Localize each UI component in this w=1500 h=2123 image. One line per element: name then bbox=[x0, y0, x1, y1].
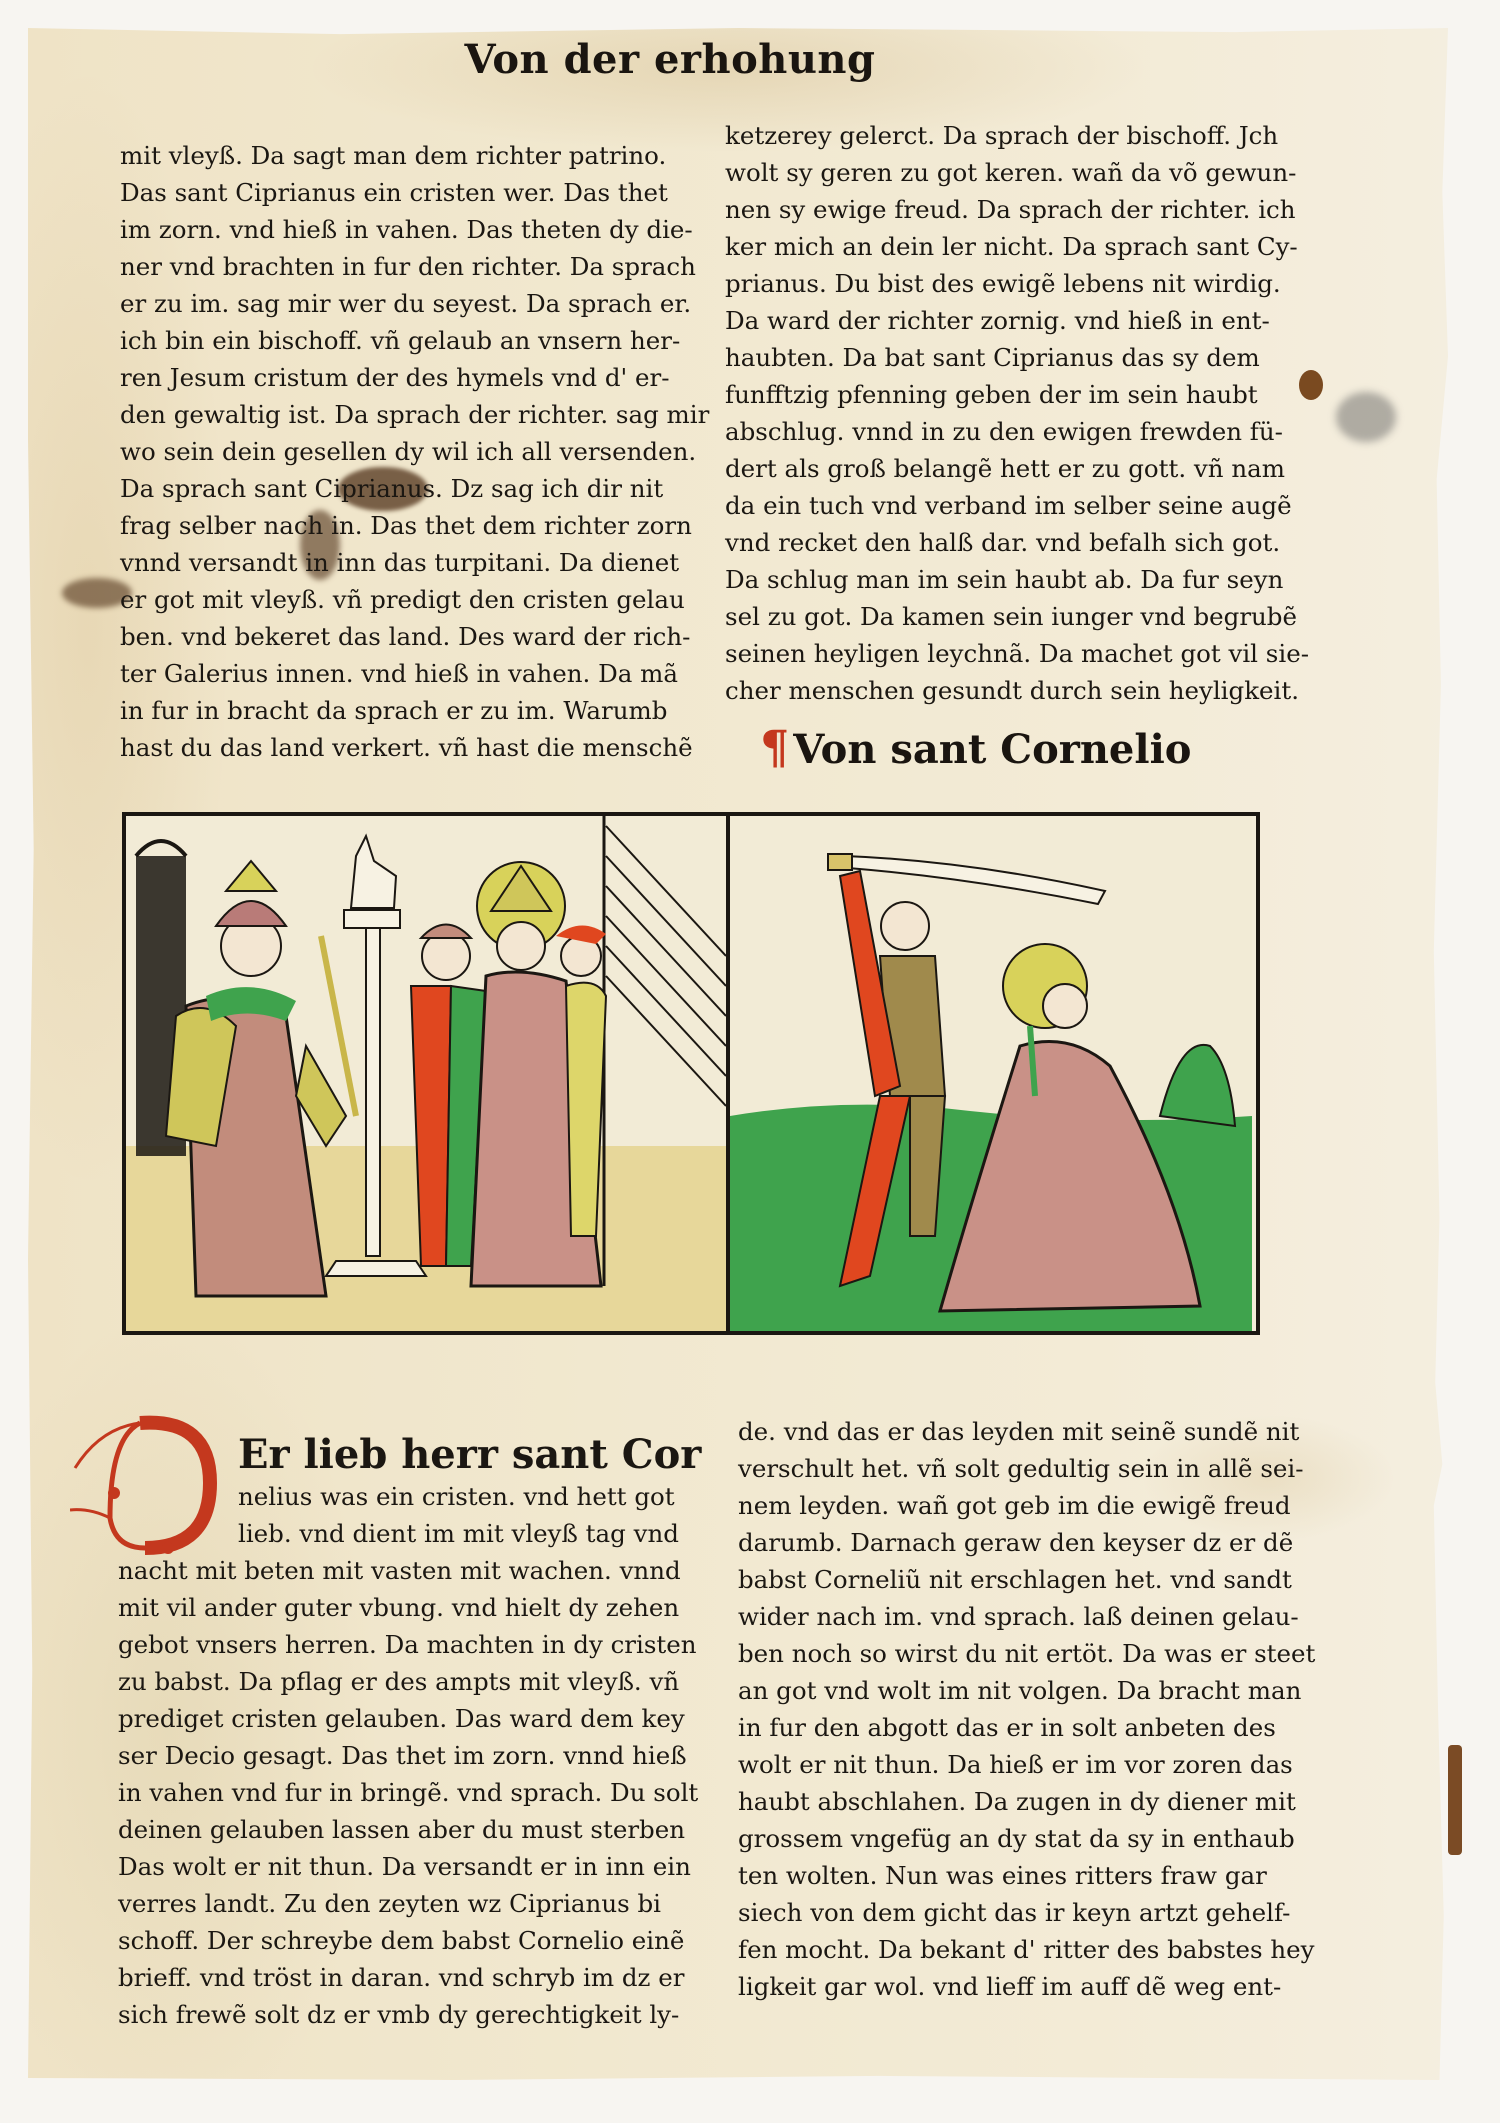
text-line: in fur in bracht da sprach er zu im. War… bbox=[120, 692, 660, 729]
running-head: Von der erhohung bbox=[460, 36, 880, 83]
text-line: babst Corneliũ nit erschlagen het. vnd s… bbox=[738, 1561, 1278, 1598]
text-line: in fur den abgott das er in solt anbeten… bbox=[738, 1709, 1278, 1746]
text-line: verschult het. vñ solt gedultig sein in … bbox=[738, 1450, 1278, 1487]
text-line: ketzerey gelerct. Da sprach der bischoff… bbox=[725, 117, 1265, 154]
text-line: er got mit vleyß. vñ predigt den cristen… bbox=[120, 581, 660, 618]
text-line: prianus. Du bist des ewigẽ lebens nit wi… bbox=[725, 265, 1265, 302]
trial-scene-image bbox=[126, 816, 726, 1331]
text-line: vnd recket den halß dar. vnd befalh sich… bbox=[725, 524, 1265, 561]
ink-stain bbox=[1336, 392, 1396, 442]
text-line: haubt abschlahen. Da zugen in dy diener … bbox=[738, 1783, 1278, 1820]
text-line: ligkeit gar wol. vnd lieff im auff dẽ we… bbox=[738, 1968, 1278, 2005]
text-line: im zorn. vnd hieß in vahen. Das theten d… bbox=[120, 211, 660, 248]
text-line: zu babst. Da pflag er des ampts mit vley… bbox=[118, 1663, 658, 1700]
ink-stain bbox=[1299, 370, 1323, 400]
text-column-bottom-right: de. vnd das er das leyden mit seinẽ sund… bbox=[738, 1413, 1278, 2005]
text-line: ben. vnd bekeret das land. Des ward der … bbox=[120, 618, 660, 655]
text-line: ten wolten. Nun was eines ritters fraw g… bbox=[738, 1857, 1278, 1894]
text-line: nacht mit beten mit vasten mit wachen. v… bbox=[118, 1552, 658, 1589]
woodcut-panel-beheading bbox=[730, 816, 1256, 1331]
opening-line: Er lieb herr sant Cor bbox=[118, 1432, 658, 1478]
text-line: an got vnd wolt im nit volgen. Da bracht… bbox=[738, 1672, 1278, 1709]
text-line: fen mocht. Da bekant d' ritter des babst… bbox=[738, 1931, 1278, 1968]
text-line: vnnd versandt in inn das turpitani. Da d… bbox=[120, 544, 660, 581]
text-line: ser Decio gesagt. Das thet im zorn. vnnd… bbox=[118, 1737, 658, 1774]
text-line: darumb. Darnach geraw den keyser dz er d… bbox=[738, 1524, 1278, 1561]
text-line: Das wolt er nit thun. Da versandt er in … bbox=[118, 1848, 658, 1885]
woodcut-panel-trial bbox=[126, 816, 730, 1331]
text-line: verres landt. Zu den zeyten wz Ciprianus… bbox=[118, 1885, 658, 1922]
text-line: sich frewẽ solt dz er vmb dy gerechtigke… bbox=[118, 1996, 658, 2033]
section-heading-text: Von sant Cornelio bbox=[793, 726, 1191, 773]
text-line: wolt sy geren zu got keren. wañ da võ ge… bbox=[725, 154, 1265, 191]
text-line: de. vnd das er das leyden mit seinẽ sund… bbox=[738, 1413, 1278, 1450]
text-line: nen sy ewige freud. Da sprach der richte… bbox=[725, 191, 1265, 228]
text-line: ich bin ein bischoff. vñ gelaub an vnser… bbox=[120, 322, 660, 359]
text-line: cher menschen gesundt durch sein heyligk… bbox=[725, 672, 1265, 709]
text-line: frag selber nach in. Das thet dem richte… bbox=[120, 507, 660, 544]
text-line: grossem vngefüg an dy stat da sy in enth… bbox=[738, 1820, 1278, 1857]
text-line: Das sant Ciprianus ein cristen wer. Das … bbox=[120, 174, 660, 211]
text-column-bottom-left: Er lieb herr sant Cor nelius was ein cri… bbox=[118, 1432, 658, 2033]
text-line: haubten. Da bat sant Ciprianus das sy de… bbox=[725, 339, 1265, 376]
text-line: Da schlug man im sein haubt ab. Da fur s… bbox=[725, 561, 1265, 598]
text-line: deinen gelauben lassen aber du must ster… bbox=[118, 1811, 658, 1848]
text-line: brieff. vnd tröst in daran. vnd schryb i… bbox=[118, 1959, 658, 1996]
text-line: Da ward der richter zornig. vnd hieß in … bbox=[725, 302, 1265, 339]
text-line: wider nach im. vnd sprach. laß deinen ge… bbox=[738, 1598, 1278, 1635]
woodcut-illustration bbox=[122, 812, 1260, 1335]
text-line: abschlug. vnnd in zu den ewigen frewden … bbox=[725, 413, 1265, 450]
text-line: prediget cristen gelauben. Das ward dem … bbox=[118, 1700, 658, 1737]
beheading-scene-image bbox=[730, 816, 1252, 1331]
text-line: dert als groß belangẽ hett er zu gott. v… bbox=[725, 450, 1265, 487]
text-column-top-right: ketzerey gelerct. Da sprach der bischoff… bbox=[725, 117, 1265, 709]
text-line: ter Galerius innen. vnd hieß in vahen. D… bbox=[120, 655, 660, 692]
pilcrow-icon: ¶ bbox=[760, 720, 789, 774]
text-line: nem leyden. wañ got geb im die ewigẽ fre… bbox=[738, 1487, 1278, 1524]
text-line: mit vil ander guter vbung. vnd hielt dy … bbox=[118, 1589, 658, 1626]
text-line: sel zu got. Da kamen sein iunger vnd beg… bbox=[725, 598, 1265, 635]
text-line: gebot vnsers herren. Da machten in dy cr… bbox=[118, 1626, 658, 1663]
text-line: Da sprach sant Ciprianus. Dz sag ich dir… bbox=[120, 470, 660, 507]
text-line: seinen heyligen leychnã. Da machet got v… bbox=[725, 635, 1265, 672]
section-heading: ¶Von sant Cornelio bbox=[760, 720, 1191, 774]
text-line: ner vnd brachten in fur den richter. Da … bbox=[120, 248, 660, 285]
text-line: wo sein dein gesellen dy wil ich all ver… bbox=[120, 433, 660, 470]
text-column-top-left: mit vleyß. Da sagt man dem richter patri… bbox=[120, 137, 660, 766]
text-line: er zu im. sag mir wer du seyest. Da spra… bbox=[120, 285, 660, 322]
text-line: hast du das land verkert. vñ hast die me… bbox=[120, 729, 660, 766]
text-line: nelius was ein cristen. vnd hett got bbox=[118, 1478, 658, 1515]
text-line: wolt er nit thun. Da hieß er im vor zore… bbox=[738, 1746, 1278, 1783]
text-line: in vahen vnd fur in bringẽ. vnd sprach. … bbox=[118, 1774, 658, 1811]
text-line: schoff. Der schreybe dem babst Cornelio … bbox=[118, 1922, 658, 1959]
text-line: funfftzig pfenning geben der im sein hau… bbox=[725, 376, 1265, 413]
paper-tab bbox=[1448, 1745, 1462, 1855]
text-line: den gewaltig ist. Da sprach der richter.… bbox=[120, 396, 660, 433]
text-line: ben noch so wirst du nit ertöt. Da was e… bbox=[738, 1635, 1278, 1672]
text-line: da ein tuch vnd verband im selber seine … bbox=[725, 487, 1265, 524]
text-line: lieb. vnd dient im mit vleyß tag vnd bbox=[118, 1515, 658, 1552]
text-line: ker mich an dein ler nicht. Da sprach sa… bbox=[725, 228, 1265, 265]
text-line: siech von dem gicht das ir keyn artzt ge… bbox=[738, 1894, 1278, 1931]
text-line: ren Jesum cristum der des hymels vnd d' … bbox=[120, 359, 660, 396]
text-line: mit vleyß. Da sagt man dem richter patri… bbox=[120, 137, 660, 174]
